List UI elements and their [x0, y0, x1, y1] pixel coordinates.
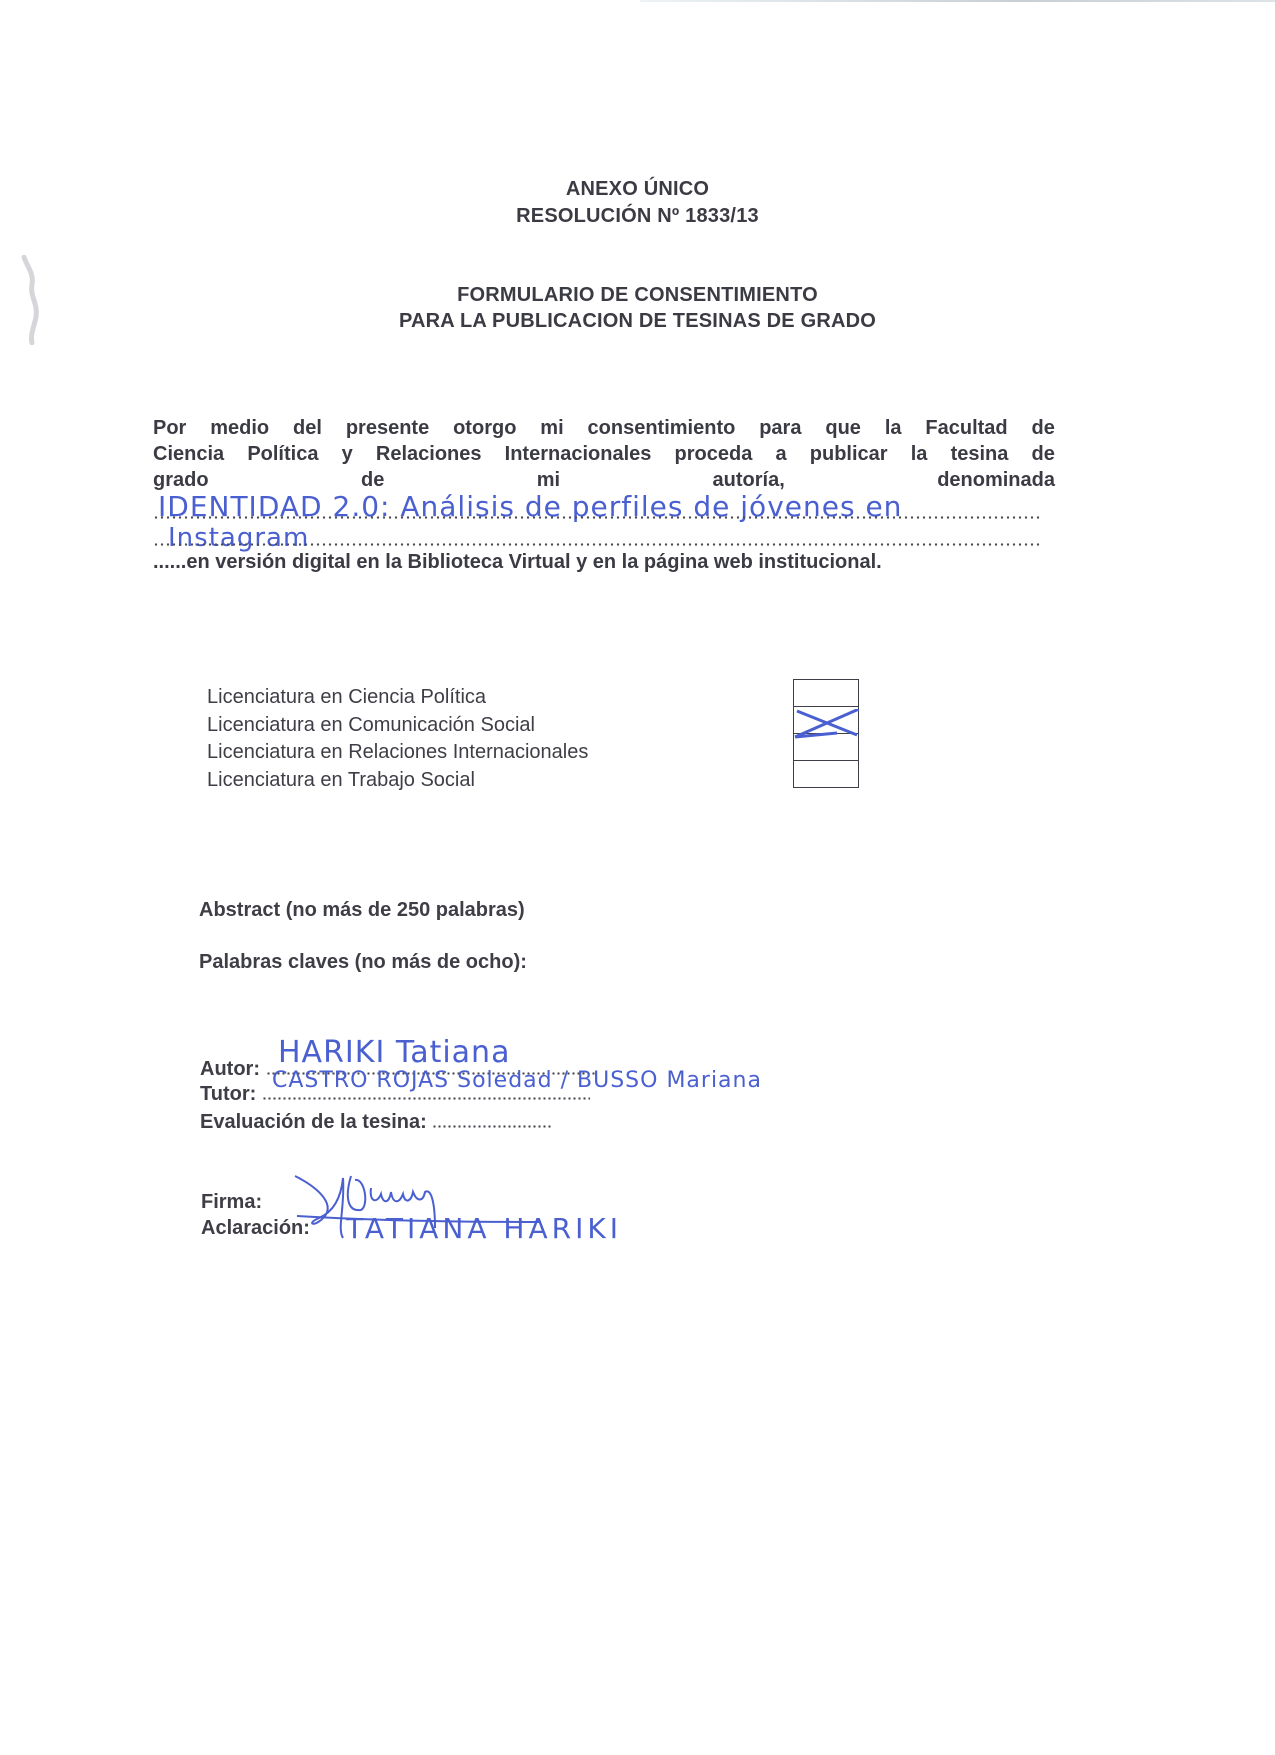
consent-word: otorgo: [453, 415, 516, 441]
dotted-line-2: [153, 543, 1043, 546]
checkbox-trabajo-social[interactable]: [794, 761, 858, 787]
consent-word: mi: [540, 415, 563, 441]
consent-word: Relaciones: [376, 441, 482, 467]
form-title-line2: PARA LA PUBLICACION DE TESINAS DE GRADO: [0, 310, 1275, 333]
consent-word: denominada: [937, 467, 1055, 493]
keywords-label: Palabras claves (no más de ocho):: [199, 951, 527, 974]
dotted-line-1: [153, 516, 1043, 519]
resolution-number: RESOLUCIÓN Nº 1833/13: [0, 205, 1275, 228]
abstract-label: Abstract (no más de 250 palabras): [199, 899, 525, 922]
consent-word: Facultad: [925, 415, 1007, 441]
consent-word: proceda: [675, 441, 753, 467]
degree-relaciones-internacionales: Licenciatura en Relaciones Internacional…: [207, 739, 588, 767]
annex-title: ANEXO ÚNICO: [0, 178, 1275, 201]
consent-line-2: CienciaPolíticayRelacionesInternacionale…: [153, 441, 1055, 467]
consent-word: a: [776, 441, 787, 467]
consent-line-1: Pormediodelpresenteotorgomiconsentimient…: [153, 415, 1055, 441]
consent-word: Política: [247, 441, 318, 467]
checkbox-ciencia-politica[interactable]: [794, 680, 858, 707]
consent-word: Por: [153, 415, 186, 441]
checkmark-x-icon: [793, 709, 859, 739]
degree-ciencia-politica: Licenciatura en Ciencia Política: [207, 684, 588, 712]
clarification-value[interactable]: TATIANA HARIKI: [346, 1212, 622, 1245]
consent-word: tesina: [951, 441, 1009, 467]
consent-closing: ......en versión digital en la Bibliotec…: [153, 549, 1055, 575]
consent-word: y: [342, 441, 353, 467]
form-title-line1: FORMULARIO DE CONSENTIMIENTO: [0, 284, 1275, 307]
degree-list: Licenciatura en Ciencia Política Licenci…: [207, 684, 588, 794]
tutor-value[interactable]: CASTRO ROJAS Soledad / BUSSO Mariana: [272, 1068, 762, 1093]
author-label: Autor:: [200, 1058, 260, 1080]
consent-word: publicar: [810, 441, 888, 467]
scan-edge: [640, 0, 1275, 2]
closing-dots: ......: [153, 551, 186, 573]
tutor-dots: [262, 1097, 590, 1100]
consent-word: presente: [346, 415, 429, 441]
evaluation-dots[interactable]: [432, 1125, 552, 1128]
consent-word: Internacionales: [505, 441, 652, 467]
evaluation-label: Evaluación de la tesina:: [200, 1111, 427, 1133]
consent-word: del: [293, 415, 322, 441]
tutor-label: Tutor:: [200, 1083, 256, 1105]
consent-word: de: [1032, 441, 1055, 467]
evaluation-field: Evaluación de la tesina:: [200, 1111, 552, 1134]
consent-word: de: [1032, 415, 1055, 441]
consent-word: la: [885, 415, 902, 441]
consent-word: medio: [210, 415, 269, 441]
consent-word: la: [911, 441, 928, 467]
consent-word: consentimiento: [588, 415, 736, 441]
consent-word: para: [759, 415, 801, 441]
degree-comunicacion-social: Licenciatura en Comunicación Social: [207, 712, 588, 740]
degree-trabajo-social: Licenciatura en Trabajo Social: [207, 767, 588, 795]
author-value[interactable]: HARIKI Tatiana: [278, 1035, 510, 1070]
signature-label: Firma:: [201, 1191, 262, 1214]
consent-word: que: [825, 415, 861, 441]
closing-text: en versión digital en la Biblioteca Virt…: [186, 551, 881, 573]
consent-word: Ciencia: [153, 441, 224, 467]
